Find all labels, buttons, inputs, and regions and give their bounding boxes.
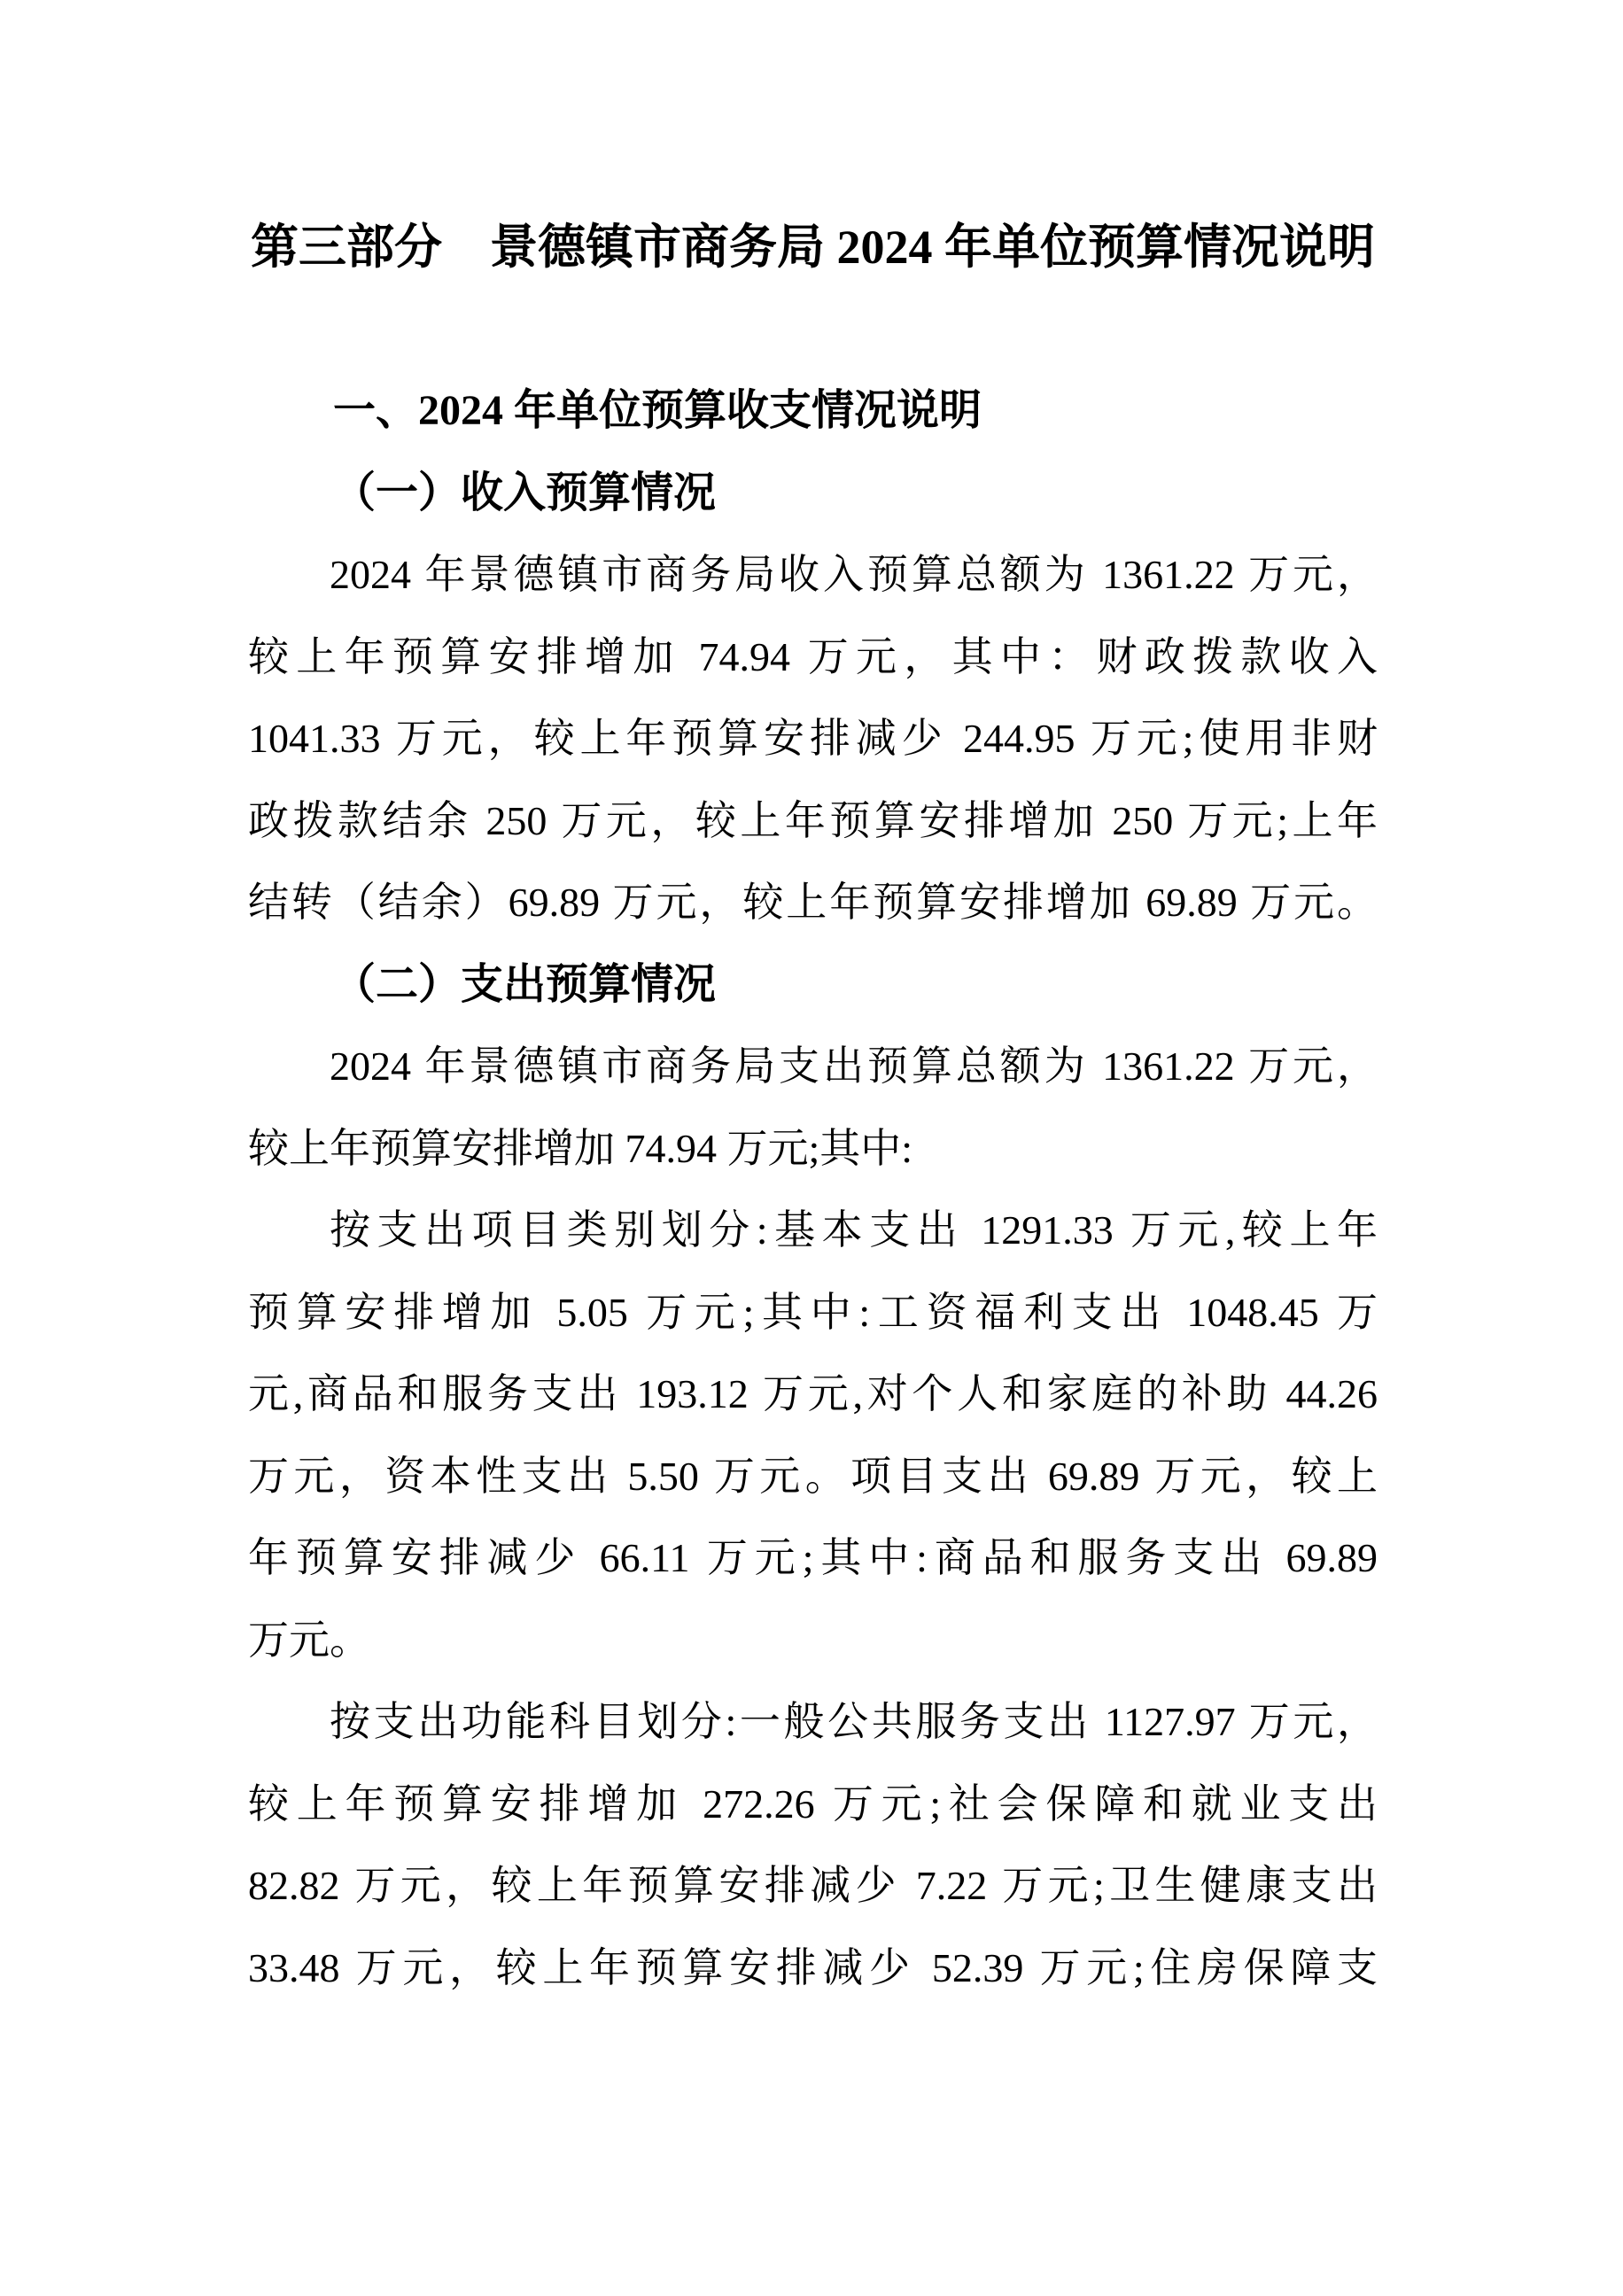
expense-paragraph-line-1: 2024 年景德镇市商务局支出预算总额为 1361.22 万元， — [248, 1026, 1378, 1108]
expense-by-function-line-3: 82.82 万元，较上年预算安排减少 7.22 万元;卫生健康支出 — [248, 1845, 1378, 1928]
expense-by-type-line-1: 按支出项目类别划分:基本支出 1291.33 万元,较上年 — [248, 1190, 1378, 1272]
section-heading: 一、2024 年单位预算收支情况说明 — [248, 370, 1378, 453]
income-paragraph-line-2: 较上年预算安排增加 74.94 万元，其中：财政拨款收入 — [248, 617, 1378, 699]
income-paragraph-line-3: 1041.33 万元，较上年预算安排减少 244.95 万元;使用非财 — [248, 698, 1378, 780]
expense-by-type-line-2: 预算安排增加 5.05 万元;其中:工资福利支出 1048.45 万 — [248, 1272, 1378, 1354]
subsection-expense-heading: （二）支出预算情况 — [248, 944, 1378, 1027]
document-page: 第三部分 景德镇市商务局 2024 年单位预算情况说明 一、2024 年单位预算… — [0, 0, 1623, 2296]
expense-by-function-line-1: 按支出功能科目划分:一般公共服务支出 1127.97 万元， — [248, 1681, 1378, 1764]
expense-by-type-line-6: 万元。 — [248, 1600, 1378, 1682]
expense-by-type-line-3: 元,商品和服务支出 193.12 万元,对个人和家庭的补助 44.26 — [248, 1354, 1378, 1436]
expense-by-function-line-4: 33.48 万元，较上年预算安排减少 52.39 万元;住房保障支 — [248, 1928, 1378, 2010]
blank-line — [248, 289, 1378, 371]
expense-by-type-line-4: 万元，资本性支出 5.50 万元。项目支出 69.89 万元，较上 — [248, 1436, 1378, 1518]
expense-by-function-line-2: 较上年预算安排增加 272.26 万元;社会保障和就业支出 — [248, 1764, 1378, 1846]
expense-by-type-line-5: 年预算安排减少 66.11 万元;其中:商品和服务支出 69.89 — [248, 1517, 1378, 1600]
expense-paragraph-line-2: 较上年预算安排增加 74.94 万元;其中: — [248, 1108, 1378, 1191]
income-paragraph-line-4: 政拨款结余 250 万元，较上年预算安排增加 250 万元;上年 — [248, 780, 1378, 863]
income-paragraph-line-1: 2024 年景德镇市商务局收入预算总额为 1361.22 万元， — [248, 534, 1378, 617]
page-title: 第三部分 景德镇市商务局 2024 年单位预算情况说明 — [248, 206, 1378, 289]
income-paragraph-line-5: 结转（结余）69.89 万元，较上年预算安排增加 69.89 万元。 — [248, 862, 1378, 944]
subsection-income-heading: （一）收入预算情况 — [248, 453, 1378, 535]
document-content: 第三部分 景德镇市商务局 2024 年单位预算情况说明 一、2024 年单位预算… — [0, 0, 1623, 2009]
